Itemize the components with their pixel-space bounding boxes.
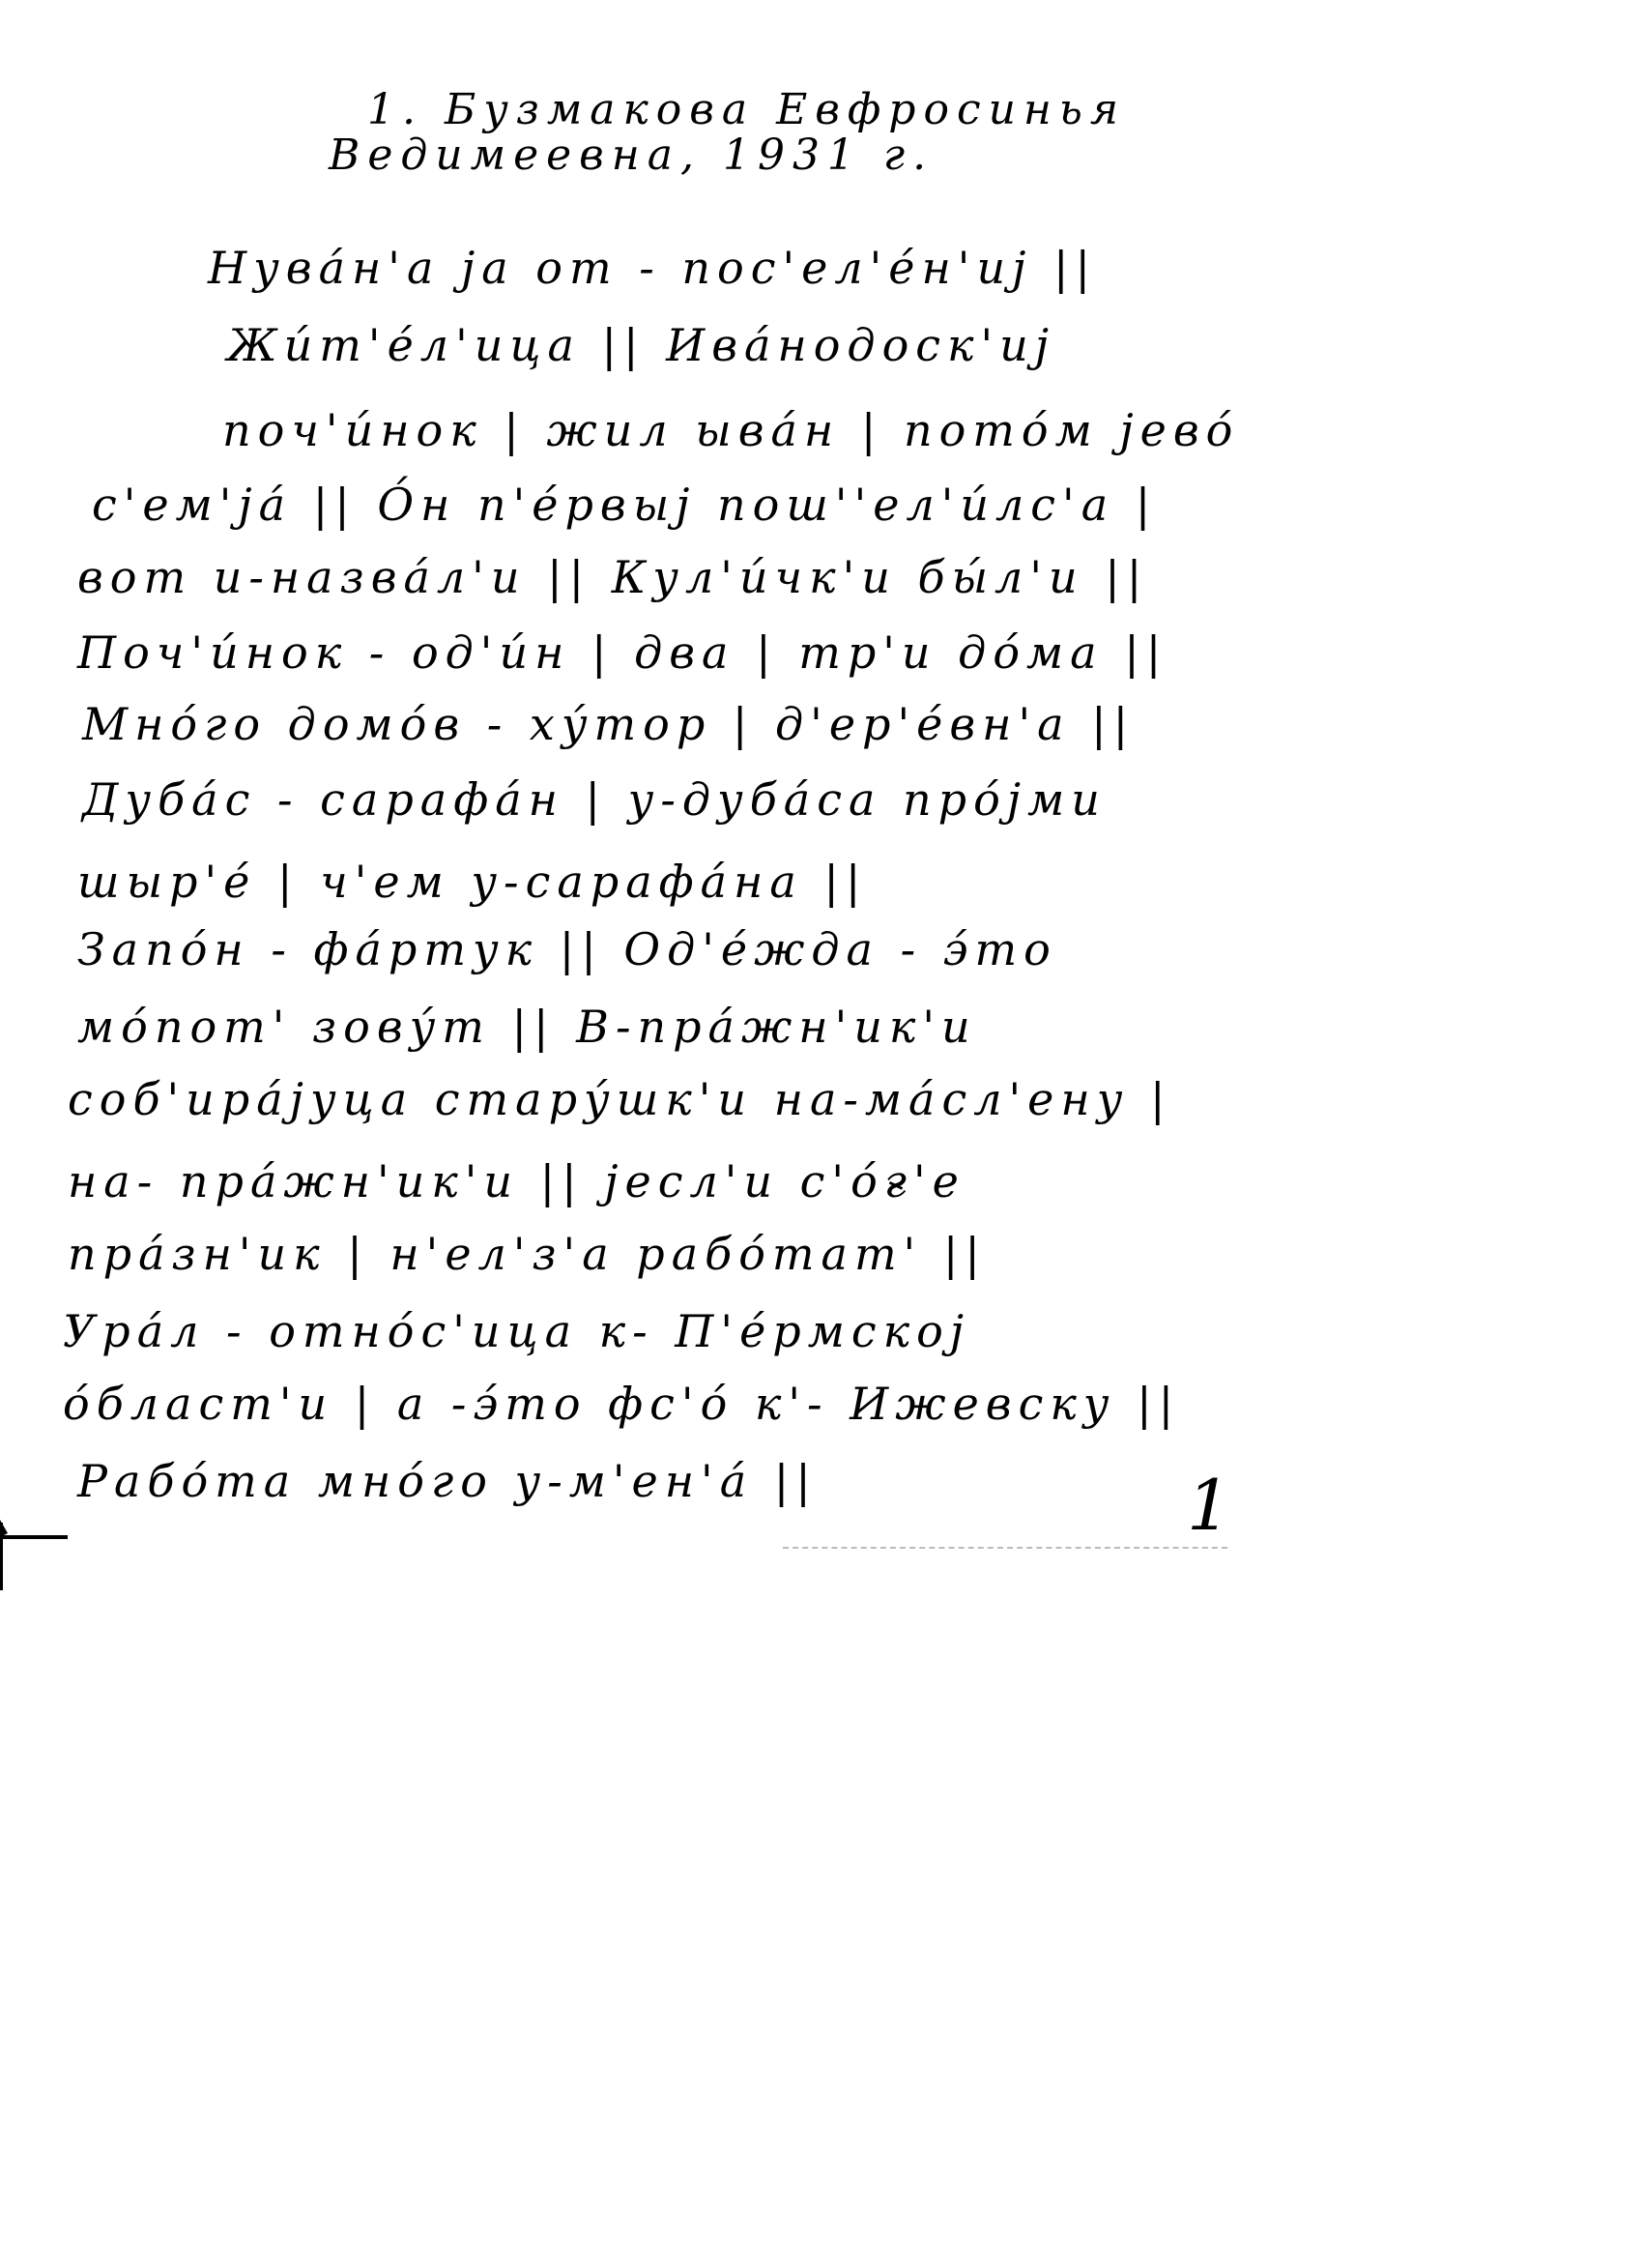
scanned-manuscript-page: 1. Бузмакова Евфросинья Ведимеевна, 1931…: [0, 0, 1643, 2268]
text-line: Дуба́с - сарафа́н | у-дуба́са про́јми: [82, 773, 1107, 826]
text-line: Запо́н - фа́ртук || Од'е́жда - э́то: [77, 923, 1057, 975]
text-line: Ура́л - отно́с'ица к- П'е́рмској: [63, 1305, 970, 1357]
text-line: с'ем'ја́ || О́н п'е́рвыј пош''ел'и́лс'а …: [92, 479, 1157, 531]
text-line: Поч'и́нок - од'и́н | два | тр'и до́ма ||: [77, 626, 1167, 679]
header-informant-patronymic-year: Ведимеевна, 1931 г.: [329, 131, 934, 180]
scan-corner-mark-horizontal: [0, 1535, 68, 1539]
page-number: 1: [1187, 1465, 1231, 1546]
text-line: вот и-назва́л'и || Кул'и́чк'и бы́л'и ||: [77, 551, 1148, 603]
header-informant-name: 1. Бузмакова Евфросинья: [367, 85, 1126, 134]
text-line: поч'и́нок | жил ыва́н | пото́м јево́: [222, 404, 1239, 456]
text-line: Рабо́та мно́го у-м'ен'а́ ||: [77, 1455, 818, 1507]
text-line: пра́зн'ик | н'ел'з'а рабо́тат' ||: [68, 1228, 987, 1280]
text-line: шыр'е́ | ч'ем у-сарафа́на ||: [77, 856, 867, 908]
scan-corner-mark-vertical: [0, 1523, 3, 1590]
faint-scan-line: [783, 1547, 1227, 1549]
text-line: соб'ира́јуца стару́шк'и на-ма́сл'ену |: [68, 1073, 1172, 1125]
text-line: Нува́н'а ја от - пос'ел'е́н'иј ||: [208, 242, 1097, 294]
text-line: о́бласт'и | а -э́то фс'о́ к'- Ижевску ||: [63, 1378, 1180, 1430]
text-line: Жи́т'е́л'ица || Ива́нодоск'иј: [227, 319, 1055, 371]
text-line: Мно́го домо́в - ху́тор | д'ер'е́вн'а ||: [82, 698, 1135, 750]
text-line: мо́пот' зову́т || В-пра́жн'ик'и: [77, 1001, 977, 1053]
text-line: на- пра́жн'ик'и || јесл'и с'о́ғ'е: [68, 1155, 966, 1207]
